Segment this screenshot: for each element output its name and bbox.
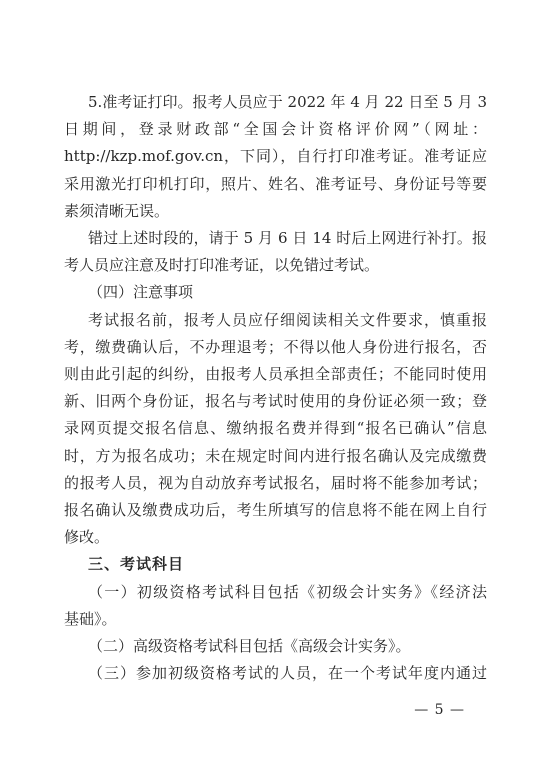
text-line: 时，方为报名成功；未在规定时间内进行报名确认及完成缴费 xyxy=(64,443,487,470)
text-line: 录网页提交报名信息、缴纳报名费并得到“报名已确认”信息 xyxy=(64,415,487,442)
text-line: 考人员应注意及时打印准考证，以免错过考试。 xyxy=(64,252,487,279)
text-line: 的报考人员，视为自动放弃考试报名，届时将不能参加考试； xyxy=(64,470,487,497)
text-line: 日期间，登录财政部“全国会计资格评价网”（网址： xyxy=(64,116,487,143)
text-line: 基础》。 xyxy=(64,606,487,633)
text-line: http://kzp.mof.gov.cn，下同），自行打印准考证。准考证应 xyxy=(64,143,487,170)
text-line: 新、旧两个身份证，报名与考试时使用的身份证必须一致；登 xyxy=(64,388,487,415)
section-heading: 三、考试科目 xyxy=(64,551,487,578)
text-line: 采用激光打印机打印，照片、姓名、准考证号、身份证号等要 xyxy=(64,171,487,198)
text-line: 5.准考证打印。报考人员应于 2022 年 4 月 22 日至 5 月 3 xyxy=(64,89,487,116)
text-line: 错过上述时段的，请于 5 月 6 日 14 时后上网进行补打。报 xyxy=(64,225,487,252)
text-line: 考，缴费确认后，不办理退考；不得以他人身份进行报名，否 xyxy=(64,334,487,361)
document-page: 5.准考证打印。报考人员应于 2022 年 4 月 22 日至 5 月 3日期间… xyxy=(0,0,551,782)
page-number: — 5 — xyxy=(414,701,465,719)
text-line: 考试报名前，报考人员应仔细阅读相关文件要求，慎重报 xyxy=(64,307,487,334)
text-line: （三）参加初级资格考试的人员，在一个考试年度内通过 xyxy=(64,660,487,687)
text-block: 5.准考证打印。报考人员应于 2022 年 4 月 22 日至 5 月 3日期间… xyxy=(64,89,487,687)
text-line: 素须清晰无误。 xyxy=(64,198,487,225)
text-line: （一）初级资格考试科目包括《初级会计实务》《经济法 xyxy=(64,579,487,606)
text-line: （四）注意事项 xyxy=(64,279,487,306)
text-line: （二）高级资格考试科目包括《高级会计实务》。 xyxy=(64,633,487,660)
text-line: 修改。 xyxy=(64,524,487,551)
text-line: 则由此引起的纠纷，由报考人员承担全部责任；不能同时使用 xyxy=(64,361,487,388)
text-line: 报名确认及缴费成功后，考生所填写的信息将不能在网上自行 xyxy=(64,497,487,524)
